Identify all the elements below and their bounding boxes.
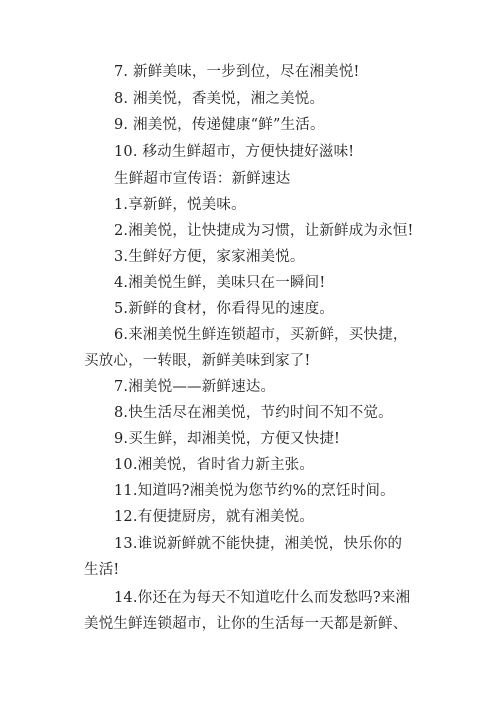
text-line: 2.湘美悦，让快捷成为习惯，让新鲜成为永恒!: [114, 222, 414, 240]
text-line: 10. 移动生鲜超市，方便快捷好滋味!: [114, 143, 354, 161]
text-line: 5.新鲜的食材，你看得见的速度。: [114, 300, 334, 318]
text-line: 1.享新鲜，悦美味。: [114, 196, 246, 214]
text-line: 6.来湘美悦生鲜连锁超市，买新鲜，买快捷，: [114, 326, 408, 344]
text-line: 7.湘美悦——新鲜速达。: [114, 378, 275, 396]
document-page: 7. 新鲜美味，一步到位，尽在湘美悦! 8. 湘美悦，香美悦，湘之美悦。 9. …: [0, 0, 500, 707]
text-line: 11.知道吗?湘美悦为您节约%的烹饪时间。: [114, 482, 395, 500]
text-line: 8. 湘美悦，香美悦，湘之美悦。: [114, 90, 324, 108]
text-line: 10.湘美悦，省时省力新主张。: [114, 456, 314, 474]
text-line: 3.生鲜好方便，家家湘美悦。: [114, 248, 305, 266]
text-line: 14.你还在为每天不知道吃什么而发愁吗?来湘: [114, 589, 410, 607]
text-line: 9.买生鲜，却湘美悦，方便又快捷!: [114, 430, 340, 448]
text-line: 8.快生活尽在湘美悦，节约时间不知不觉。: [114, 404, 393, 422]
text-line: 9. 湘美悦，传递健康“鲜”生活。: [114, 116, 325, 134]
text-line: 买放心，一转眼，新鲜美味到家了!: [84, 352, 311, 370]
section-heading: 生鲜超市宣传语：新鲜速达: [114, 170, 290, 188]
text-line: 美悦生鲜连锁超市，让你的生活每一天都是新鲜、: [84, 615, 407, 633]
text-line: 12.有便捷厨房，就有湘美悦。: [114, 508, 314, 526]
text-line: 7. 新鲜美味，一步到位，尽在湘美悦!: [114, 63, 360, 81]
text-line: 4.湘美悦生鲜，美味只在一瞬间!: [114, 274, 325, 292]
text-line: 13.谁说新鲜就不能快捷，湘美悦，快乐你的: [114, 535, 402, 553]
text-line: 生活!: [84, 561, 119, 579]
